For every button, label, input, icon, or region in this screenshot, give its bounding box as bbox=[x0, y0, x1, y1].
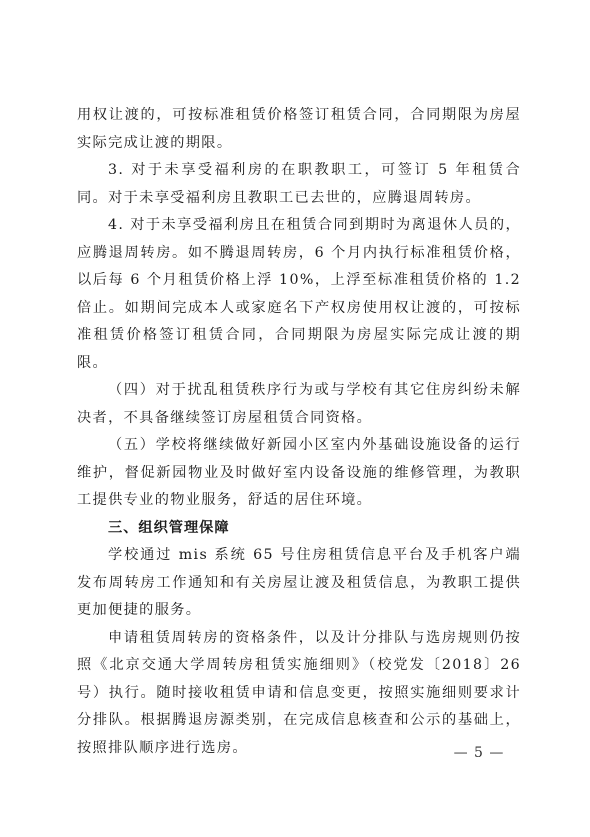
section-heading-organization: 三、组织管理保障 bbox=[77, 515, 521, 543]
page-number: — 5 — bbox=[452, 745, 506, 761]
paragraph-continuation: 用权让渡的，可按标准租赁价格签订租赁合同，合同期限为房屋实际完成让渡的期限。 bbox=[77, 102, 521, 157]
paragraph-item-4: 4. 对于未享受福利房且在租赁合同到期时为离退休人员的，应腾退周转房。如不腾退周… bbox=[77, 212, 521, 377]
paragraph-mis-platform: 学校通过 mis 系统 65 号住房租赁信息平台及手机客户端发布周转房工作通知和… bbox=[77, 542, 521, 625]
paragraph-section-4: （四）对于扰乱租赁秩序行为或与学校有其它住房纠纷未解决者，不具备继续签订房屋租赁… bbox=[77, 377, 521, 432]
paragraph-section-5: （五）学校将继续做好新园小区室内外基础设施设备的运行维护，督促新园物业及时做好室… bbox=[77, 432, 521, 515]
paragraph-application-rules: 申请租赁周转房的资格条件，以及计分排队与选房规则仍按照《北京交通大学周转房租赁实… bbox=[77, 625, 521, 763]
document-page: 用权让渡的，可按标准租赁价格签订租赁合同，合同期限为房屋实际完成让渡的期限。 3… bbox=[0, 0, 590, 837]
paragraph-item-3: 3. 对于未享受福利房的在职教职工，可签订 5 年租赁合同。对于未享受福利房且教… bbox=[77, 157, 521, 212]
document-body: 用权让渡的，可按标准租赁价格签订租赁合同，合同期限为房屋实际完成让渡的期限。 3… bbox=[77, 102, 521, 762]
